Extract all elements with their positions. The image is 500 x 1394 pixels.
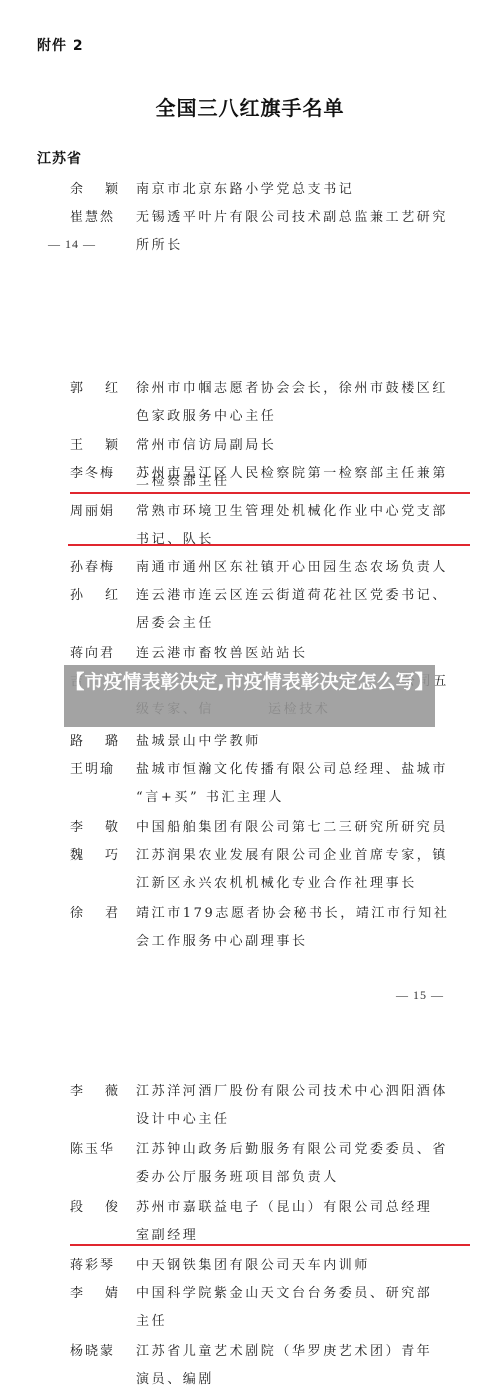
honoree-title-line: 色家政服务中心主任 xyxy=(136,405,276,424)
honoree-title-line: 二检察部主任 xyxy=(136,470,230,489)
honoree-title-line: 中国船舶集团有限公司第七二三研究所研究员 xyxy=(136,816,448,835)
honoree-title-line: 徐州市巾帼志愿者协会会长，徐州市鼓楼区红 xyxy=(136,377,448,396)
honoree-title-line: 室副经理 xyxy=(136,1224,198,1243)
honoree-name: 余颖 xyxy=(70,178,120,197)
honoree-title-line: 中天钢铁集团有限公司天车内训师 xyxy=(136,1254,370,1273)
honoree-name: 郭红 xyxy=(70,377,120,396)
honoree-name: 李薇 xyxy=(70,1080,120,1099)
honoree-name: 王颖 xyxy=(70,434,120,453)
honoree-name: 李婧 xyxy=(70,1282,120,1301)
honoree-title-line: “言+买” 书汇主理人 xyxy=(136,786,284,805)
honoree-name: 蒋向君 xyxy=(70,642,120,661)
honoree-name: 李敬 xyxy=(70,816,120,835)
honoree-title-line: 常州市信访局副局长 xyxy=(136,434,276,453)
honoree-title-line: 所所长 xyxy=(136,234,183,253)
attachment-label: 附件 2 xyxy=(37,35,84,55)
honoree-title-line: 江新区永兴农机机械化专业合作社理事长 xyxy=(136,872,417,891)
honoree-name: 王明瑜 xyxy=(70,758,120,777)
honoree-title-line: 江苏洋河酒厂股份有限公司技术中心泗阳酒体 xyxy=(136,1080,448,1099)
honoree-title-line: 演员、编剧 xyxy=(136,1368,214,1387)
honoree-title-line: 连云港市连云区连云街道荷花社区党委书记、 xyxy=(136,584,448,603)
highlight-underline xyxy=(68,544,470,546)
page-number-14: — 14 — xyxy=(48,237,96,252)
highlight-underline xyxy=(70,492,470,494)
honoree-name: 孙红 xyxy=(70,584,120,603)
honoree-title-line: 常熟市环境卫生管理处机械化作业中心党支部 xyxy=(136,500,448,519)
honoree-title-line: 中国科学院紫金山天文台台务委员、研究部 xyxy=(136,1282,432,1301)
honoree-name: 孙春梅 xyxy=(70,556,120,575)
honoree-title-line: 江苏润果农业发展有限公司企业首席专家，镇 xyxy=(136,844,448,863)
honoree-title-line: 盐城景山中学教师 xyxy=(136,730,261,749)
honoree-title-line: 主任 xyxy=(136,1310,167,1329)
highlight-underline xyxy=(70,1244,470,1246)
document-title: 全国三八红旗手名单 xyxy=(0,92,500,121)
honoree-title-line: 江苏钟山政务后勤服务有限公司党委委员、省 xyxy=(136,1138,448,1157)
honoree-name: 徐君 xyxy=(70,902,120,921)
honoree-name: 杨晓蒙 xyxy=(70,1340,120,1359)
honoree-name: 李冬梅 xyxy=(70,462,120,481)
honoree-title-line: 苏州市嘉联益电子（昆山）有限公司总经理 xyxy=(136,1196,432,1215)
honoree-title-line: 南通市通州区东社镇开心田园生态农场负责人 xyxy=(136,556,448,575)
honoree-title-line: 连云港市畜牧兽医站站长 xyxy=(136,642,308,661)
honoree-title-line: 委办公厅服务班项目部负责人 xyxy=(136,1166,339,1185)
province-heading: 江苏省 xyxy=(37,148,82,168)
honoree-name: 周丽娟 xyxy=(70,500,120,519)
honoree-name: 段俊 xyxy=(70,1196,120,1215)
honoree-title-line: 无锡透平叶片有限公司技术副总监兼工艺研究 xyxy=(136,206,448,225)
honoree-title-line: 设计中心主任 xyxy=(136,1108,230,1127)
page-number-15: — 15 — xyxy=(396,988,444,1003)
honoree-name: 路璐 xyxy=(70,730,120,749)
honoree-name: 魏巧 xyxy=(70,844,120,863)
honoree-title-line: 盐城市恒瀚文化传播有限公司总经理、盐城市 xyxy=(136,758,448,777)
honoree-name: 陈玉华 xyxy=(70,1138,120,1157)
honoree-name: 崔慧然 xyxy=(70,206,120,225)
honoree-name: 蒋彩琴 xyxy=(70,1254,120,1273)
honoree-title-line: 会工作服务中心副理事长 xyxy=(136,930,308,949)
honoree-title-line: 南京市北京东路小学党总支书记 xyxy=(136,178,354,197)
honoree-title-line: 居委会主任 xyxy=(136,612,214,631)
honoree-title-line: 靖江市179志愿者协会秘书长，靖江市行知社 xyxy=(136,902,449,921)
headline-overlay-text: 【市疫情表彰决定,市疫情表彰决定怎么写】 xyxy=(64,669,435,696)
honoree-title-line: 江苏省儿童艺术剧院（华罗庚艺术团）青年 xyxy=(136,1340,432,1359)
